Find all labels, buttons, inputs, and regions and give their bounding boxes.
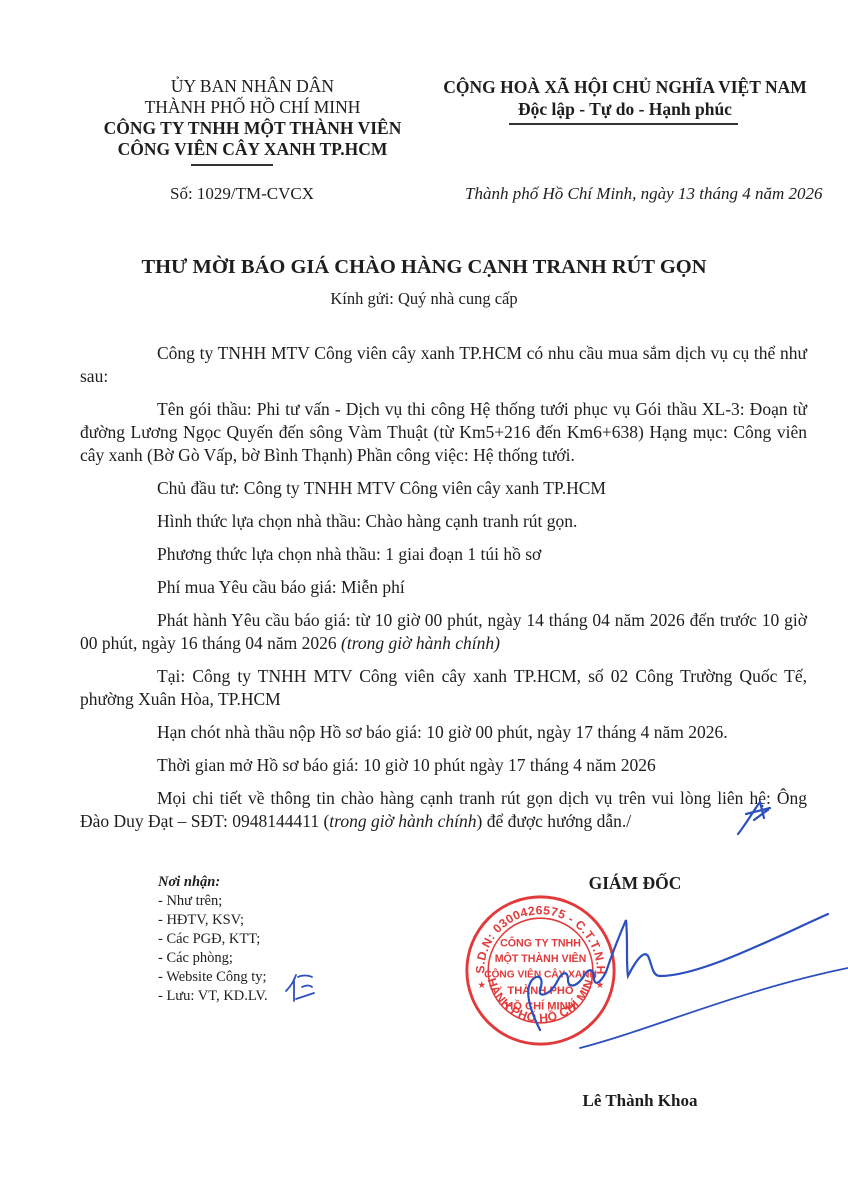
- national-name: CỘNG HOÀ XÃ HỘI CHỦ NGHĨA VIỆT NAM: [420, 76, 830, 98]
- header-left-underline: [191, 164, 273, 166]
- body-paragraph-package-name: Tên gói thầu: Phi tư vấn - Dịch vụ thi c…: [80, 398, 807, 467]
- issuance-note: (trong giờ hành chính): [341, 633, 500, 653]
- recipients-heading: Nơi nhận:: [158, 873, 268, 892]
- recipient-item: - Như trên;: [158, 892, 268, 911]
- body-paragraph-deadline: Hạn chót nhà thầu nộp Hồ sơ báo giá: 10 …: [80, 721, 807, 744]
- body-paragraph-intro: Công ty TNHH MTV Công viên cây xanh TP.H…: [80, 342, 807, 388]
- contact-text-b: ) để được hướng dẫn./: [477, 811, 632, 831]
- document-number: Số: 1029/TM-CVCX: [170, 184, 314, 204]
- authority-line-2: THÀNH PHỐ HỒ CHÍ MINH: [80, 97, 425, 118]
- director-signature-icon: [480, 880, 848, 1050]
- national-motto-block: CỘNG HOÀ XÃ HỘI CHỦ NGHĨA VIỆT NAM Độc l…: [420, 76, 830, 120]
- recipients-block: Nơi nhận: - Như trên; - HĐTV, KSV; - Các…: [158, 873, 268, 1006]
- body-paragraph-investor: Chủ đầu tư: Công ty TNHH MTV Công viên c…: [80, 477, 807, 500]
- document-title: THƯ MỜI BÁO GIÁ CHÀO HÀNG CẠNH TRANH RÚT…: [0, 256, 848, 279]
- body-paragraph-location: Tại: Công ty TNHH MTV Công viên cây xanh…: [80, 665, 807, 711]
- filing-initials-icon: [280, 965, 320, 1005]
- letter-body: Công ty TNHH MTV Công viên cây xanh TP.H…: [80, 342, 807, 843]
- recipient-item: - Các PGĐ, KTT;: [158, 930, 268, 949]
- body-paragraph-fee: Phí mua Yêu cầu báo giá: Miễn phí: [80, 576, 807, 599]
- header-right-underline: [509, 123, 738, 125]
- signatory-name: Lê Thành Khoa: [540, 1091, 740, 1111]
- body-paragraph-contact: Mọi chi tiết về thông tin chào hàng cạnh…: [80, 787, 807, 833]
- recipient-item: - Lưu: VT, KD.LV.: [158, 987, 268, 1006]
- body-paragraph-selection-form: Hình thức lựa chọn nhà thầu: Chào hàng c…: [80, 510, 807, 533]
- greeting: Kính gửi: Quý nhà cung cấp: [0, 289, 848, 309]
- body-paragraph-selection-method: Phương thức lựa chọn nhà thầu: 1 giai đo…: [80, 543, 807, 566]
- body-paragraph-opening-time: Thời gian mở Hồ sơ báo giá: 10 giờ 10 ph…: [80, 754, 807, 777]
- initials-signature-icon: [730, 790, 790, 840]
- recipient-item: - Các phòng;: [158, 949, 268, 968]
- company-name-line-2: CÔNG VIÊN CÂY XANH TP.HCM: [80, 139, 425, 160]
- national-motto: Độc lập - Tự do - Hạnh phúc: [420, 98, 830, 120]
- issuing-authority-block: ỦY BAN NHÂN DÂN THÀNH PHỐ HỒ CHÍ MINH CÔ…: [80, 76, 425, 160]
- company-name-line-1: CÔNG TY TNHH MỘT THÀNH VIÊN: [80, 118, 425, 139]
- date-line: Thành phố Hồ Chí Minh, ngày 13 tháng 4 n…: [465, 184, 822, 204]
- recipient-item: - Website Công ty;: [158, 968, 268, 987]
- contact-hours-note: trong giờ hành chính: [329, 811, 476, 831]
- body-paragraph-issuance: Phát hành Yêu cầu báo giá: từ 10 giờ 00 …: [80, 609, 807, 655]
- authority-line-1: ỦY BAN NHÂN DÂN: [80, 76, 425, 97]
- recipient-item: - HĐTV, KSV;: [158, 911, 268, 930]
